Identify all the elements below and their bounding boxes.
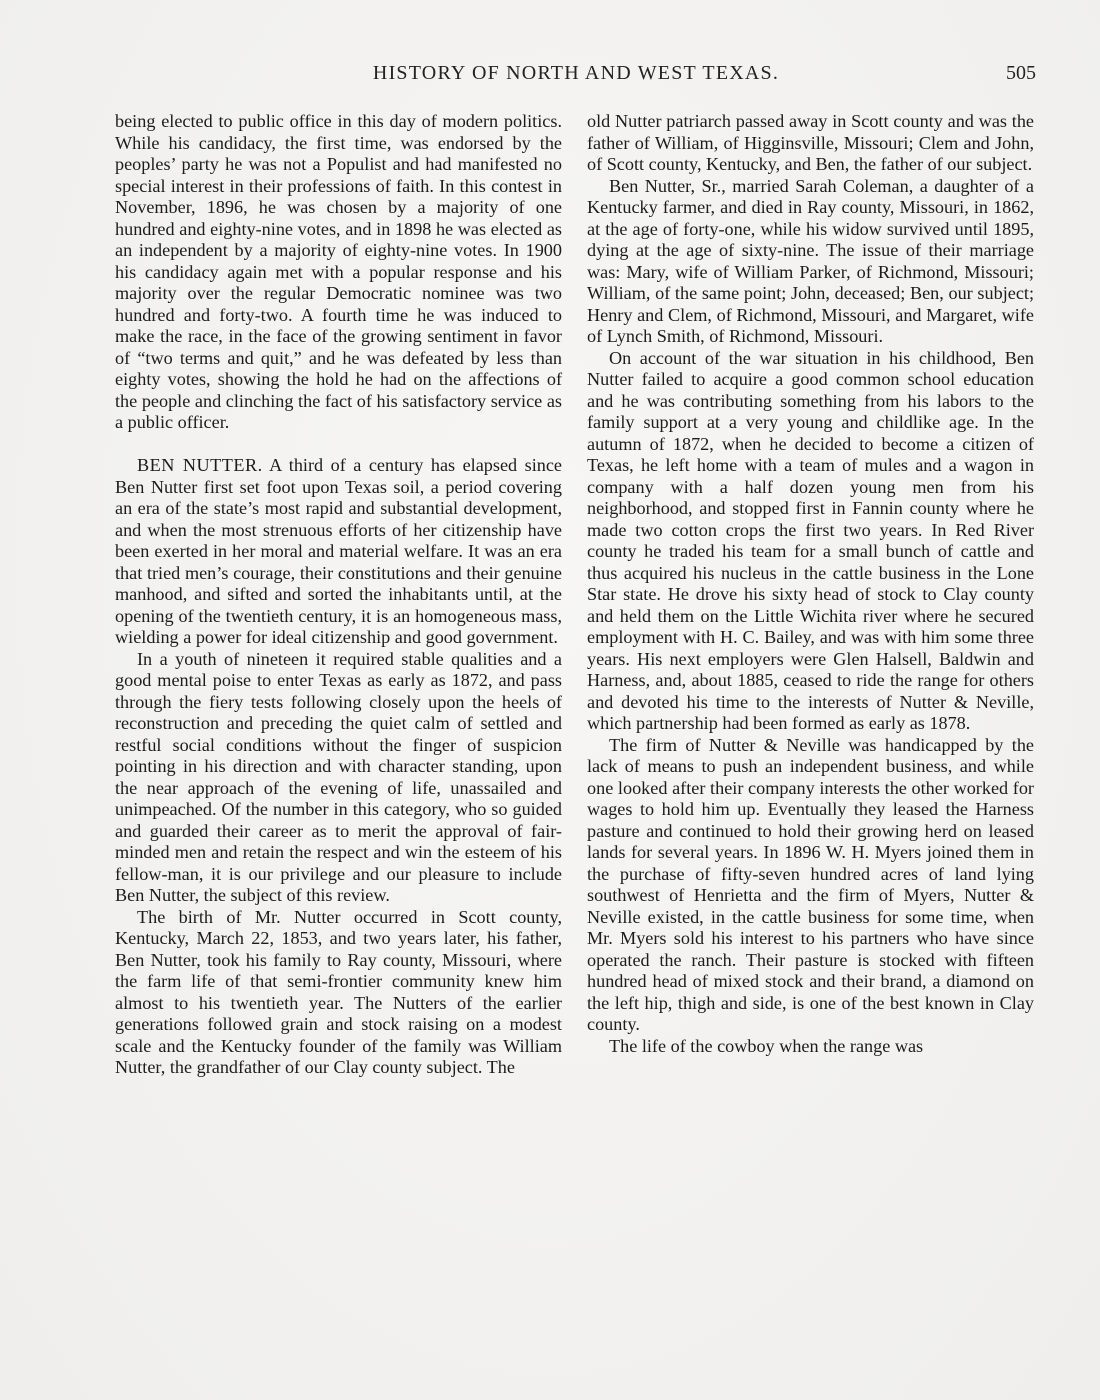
- paragraph-continued: being elected to public office in this d…: [115, 111, 562, 434]
- right-column: old Nutter patriarch passed away in Scot…: [587, 111, 1034, 1057]
- paragraph-text: A third of a century has elapsed since B…: [115, 455, 562, 647]
- paragraph: The birth of Mr. Nutter occurred in Scot…: [115, 907, 562, 1079]
- book-page: HISTORY OF NORTH AND WEST TEXAS. 505 bei…: [0, 0, 1100, 1400]
- biography-heading: BEN NUTTER.: [137, 455, 263, 475]
- page-number: 505: [1006, 62, 1036, 85]
- paragraph: In a youth of nineteen it required stabl…: [115, 649, 562, 907]
- running-header: HISTORY OF NORTH AND WEST TEXAS. 505: [116, 62, 1036, 90]
- paragraph-continues: The life of the cowboy when the range wa…: [587, 1036, 1034, 1058]
- paragraph-continued: old Nutter patriarch passed away in Scot…: [587, 111, 1034, 176]
- left-column: being elected to public office in this d…: [115, 111, 562, 1079]
- paragraph: The firm of Nutter & Neville was handica…: [587, 735, 1034, 1036]
- paragraph-biography-intro: BEN NUTTER. A third of a century has ela…: [115, 455, 562, 649]
- paragraph: Ben Nutter, Sr., married Sarah Coleman, …: [587, 176, 1034, 348]
- paragraph: On account of the war situation in his c…: [587, 348, 1034, 735]
- running-title: HISTORY OF NORTH AND WEST TEXAS.: [116, 62, 1036, 85]
